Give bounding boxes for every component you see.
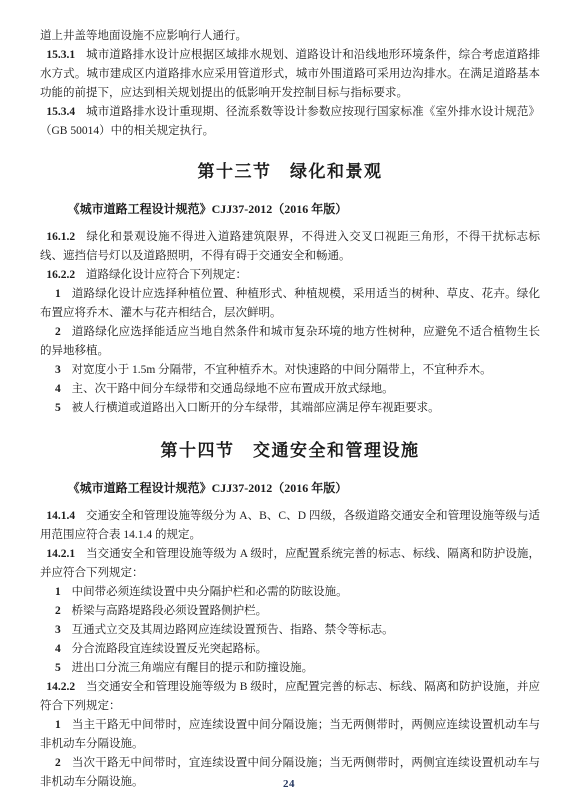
item-text: 桥梁与高路堤路段必须设置路侧护栏。	[72, 605, 268, 617]
clause-14-2-2: 14.2.2当交通安全和管理设施等级为 B 级时，应配置完善的标志、标线、隔离和…	[40, 678, 540, 716]
clause-text: 当交通安全和管理设施等级为 B 级时，应配置完善的标志、标线、隔离和防护设施，并…	[40, 681, 540, 712]
section-heading-13: 第十三节 绿化和景观	[40, 161, 540, 183]
clause-14-2-1: 14.2.1当交通安全和管理设施等级为 A 级时，应配置系统完善的标志、标线、隔…	[40, 545, 540, 583]
source-reference: 《城市道路工程设计规范》CJJ37-2012（2016 年版）	[40, 200, 540, 219]
item-text: 被人行横道或道路出入口断开的分车绿带，其端部应满足停车视距要求。	[72, 402, 440, 414]
source-reference: 《城市道路工程设计规范》CJJ37-2012（2016 年版）	[40, 479, 540, 498]
item-number: 5	[55, 402, 61, 414]
item-number: 4	[55, 643, 61, 655]
item-number: 3	[55, 624, 61, 636]
item-text: 道路绿化设计应选择种植位置、种植形式、种植规模，采用适当的树种、草皮、花卉。绿化…	[40, 288, 540, 319]
clause-text: 城市道路排水设计重现期、径流系数等设计参数应按现行国家标准《室外排水设计规范》（…	[40, 106, 540, 137]
clause-number: 14.2.2	[46, 681, 75, 693]
list-item-5: 5进出口分流三角端应有醒目的提示和防撞设施。	[40, 659, 540, 678]
item-text: 互通式立交及其周边路网应连续设置预告、指路、禁令等标志。	[72, 624, 394, 636]
clause-15-3-1: 15.3.1城市道路排水设计应根据区域排水规划、道路设计和沿线地形环境条件，综合…	[40, 46, 540, 103]
clause-text: 绿化和景观设施不得进入道路建筑限界，不得进入交叉口视距三角形，不得干扰标志标线、…	[40, 231, 540, 262]
clause-number: 15.3.4	[46, 106, 75, 118]
item-number: 1	[55, 586, 61, 598]
paragraph-continuation: 道上井盖等地面设施不应影响行人通行。	[40, 27, 540, 46]
list-item-4: 4分合流路段宜连续设置反光突起路标。	[40, 640, 540, 659]
list-item-5: 5被人行横道或道路出入口断开的分车绿带，其端部应满足停车视距要求。	[40, 399, 540, 418]
item-text: 道路绿化应选择能适应当地自然条件和城市复杂环境的地方性树种，应避免不适合植物生长…	[40, 326, 540, 357]
item-text: 主、次干路中间分车绿带和交通岛绿地不应布置成开放式绿地。	[72, 383, 394, 395]
list-item-4: 4主、次干路中间分车绿带和交通岛绿地不应布置成开放式绿地。	[40, 380, 540, 399]
clause-16-1-2: 16.1.2绿化和景观设施不得进入道路建筑限界，不得进入交叉口视距三角形，不得干…	[40, 228, 540, 266]
item-number: 4	[55, 383, 61, 395]
clause-text: 当交通安全和管理设施等级为 A 级时，应配置系统完善的标志、标线、隔离和防护设施…	[40, 548, 540, 579]
item-text: 分合流路段宜连续设置反光突起路标。	[72, 643, 268, 655]
item-text: 进出口分流三角端应有醒目的提示和防撞设施。	[72, 662, 314, 674]
item-number: 2	[55, 326, 61, 338]
list-item-2: 2桥梁与高路堤路段必须设置路侧护栏。	[40, 602, 540, 621]
item-number: 1	[55, 719, 61, 731]
item-number: 2	[55, 605, 61, 617]
clause-15-3-4: 15.3.4城市道路排水设计重现期、径流系数等设计参数应按现行国家标准《室外排水…	[40, 103, 540, 141]
clause-16-2-2: 16.2.2道路绿化设计应符合下列规定：	[40, 266, 540, 285]
document-page: 道上井盖等地面设施不应影响行人通行。 15.3.1城市道路排水设计应根据区域排水…	[0, 0, 578, 808]
clause-14-1-4: 14.1.4交通安全和管理设施等级分为 A、B、C、D 四级，各级道路交通安全和…	[40, 507, 540, 545]
list-item-2: 2道路绿化应选择能适应当地自然条件和城市复杂环境的地方性树种，应避免不适合植物生…	[40, 323, 540, 361]
list-item-3: 3互通式立交及其周边路网应连续设置预告、指路、禁令等标志。	[40, 621, 540, 640]
item-number: 2	[55, 757, 61, 769]
item-text: 对宽度小于 1.5m 分隔带，不宜种植乔木。对快速路的中间分隔带上，不宜种乔木。	[72, 364, 492, 376]
clause-number: 16.1.2	[46, 231, 75, 243]
clause-number: 15.3.1	[46, 49, 75, 61]
clause-number: 16.2.2	[46, 269, 75, 281]
list-item-1: 1道路绿化设计应选择种植位置、种植形式、种植规模，采用适当的树种、草皮、花卉。绿…	[40, 285, 540, 323]
item-text: 中间带必须连续设置中央分隔护栏和必需的防眩设施。	[72, 586, 348, 598]
page-number: 24	[0, 775, 578, 794]
list-item-3: 3对宽度小于 1.5m 分隔带，不宜种植乔木。对快速路的中间分隔带上，不宜种乔木…	[40, 361, 540, 380]
clause-text: 城市道路排水设计应根据区域排水规划、道路设计和沿线地形环境条件，综合考虑道路排水…	[40, 49, 540, 99]
item-text: 当主干路无中间带时，应连续设置中间分隔设施；当无两侧带时，两侧应连续设置机动车与…	[40, 719, 540, 750]
item-number: 5	[55, 662, 61, 674]
item-number: 3	[55, 364, 61, 376]
section-heading-14: 第十四节 交通安全和管理设施	[40, 440, 540, 462]
clause-number: 14.2.1	[46, 548, 75, 560]
clause-number: 14.1.4	[46, 510, 75, 522]
list-item-1: 1中间带必须连续设置中央分隔护栏和必需的防眩设施。	[40, 583, 540, 602]
clause-text: 道路绿化设计应符合下列规定：	[86, 269, 247, 281]
item-number: 1	[55, 288, 61, 300]
clause-text: 交通安全和管理设施等级分为 A、B、C、D 四级，各级道路交通安全和管理设施等级…	[40, 510, 540, 541]
list-item-1: 1当主干路无中间带时，应连续设置中间分隔设施；当无两侧带时，两侧应连续设置机动车…	[40, 716, 540, 754]
